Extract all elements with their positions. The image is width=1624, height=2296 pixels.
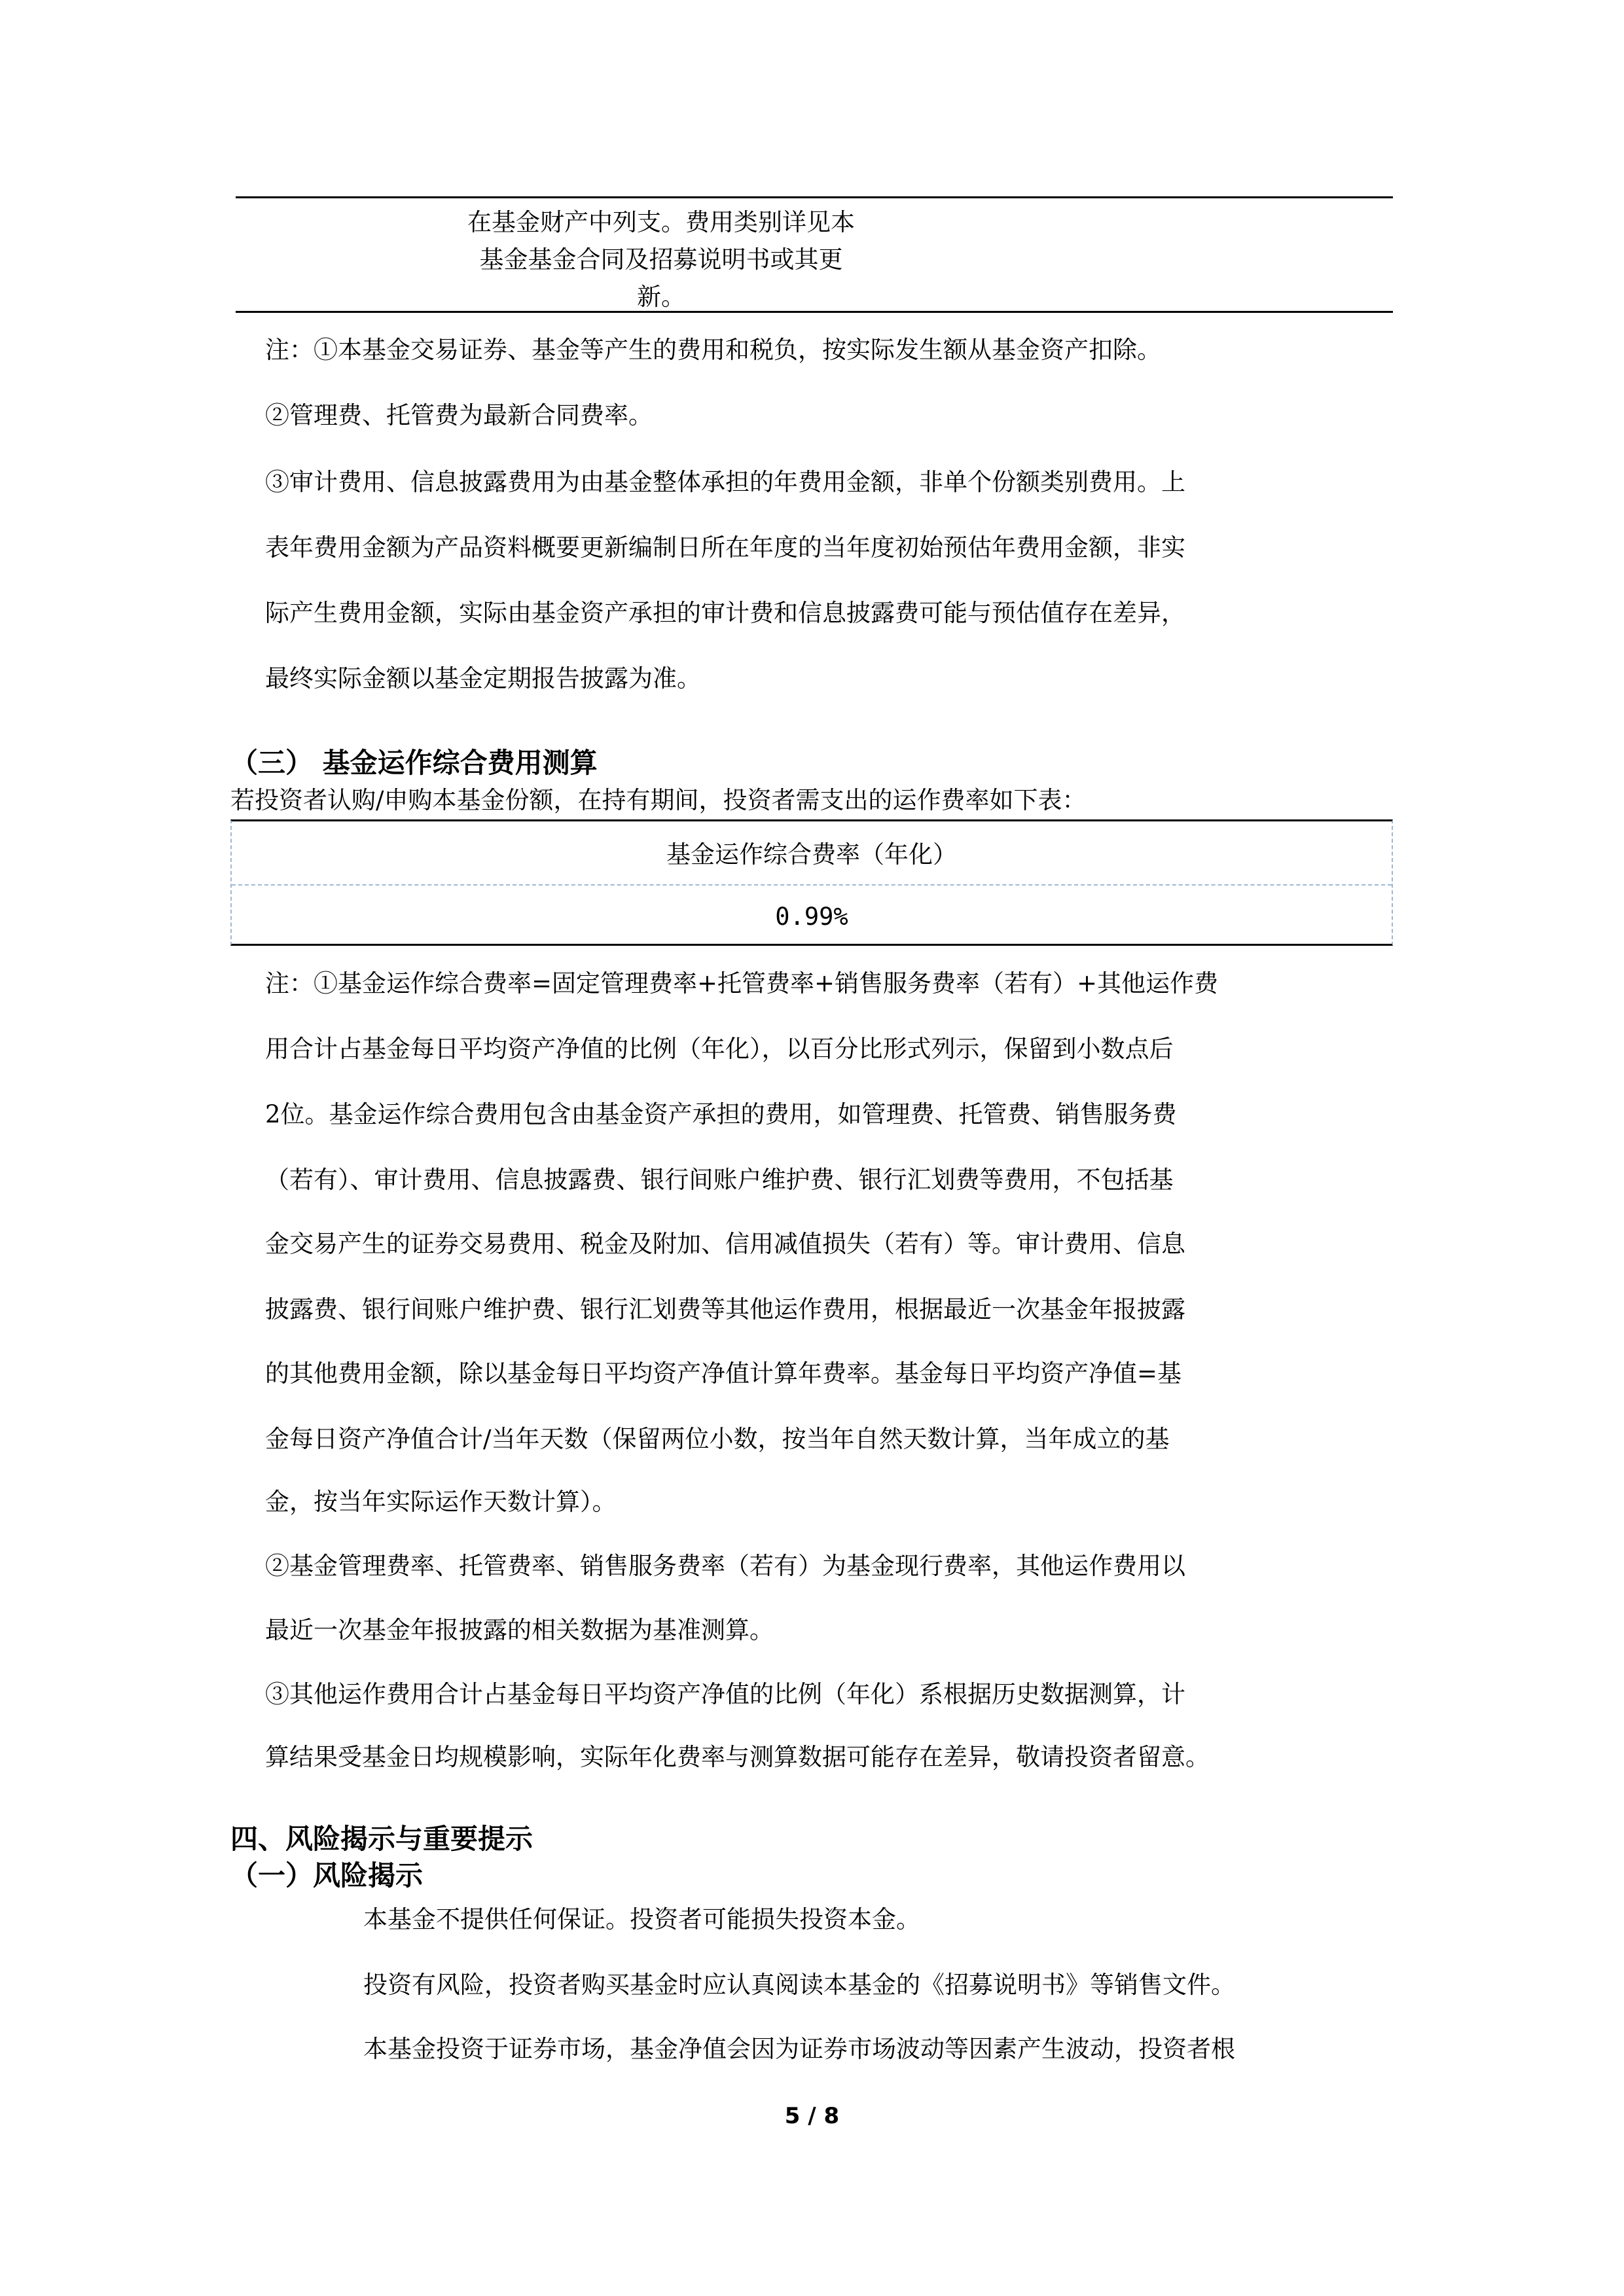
section-3-note-1-line: 用合计占基金每日平均资产净值的比例（年化），以百分比形式列示，保留到小数点后 (265, 1033, 1174, 1066)
section-3-note-1-line: 披露费、银行间账户维护费、银行汇划费等其他运作费用，根据最近一次基金年报披露 (265, 1293, 1185, 1326)
cell-text-line: 基金基金合同及招募说明书或其更 (432, 241, 890, 278)
fee-table-continuation: 在基金财产中列支。费用类别详见本 基金基金合同及招募说明书或其更 新。 (236, 196, 1393, 313)
operating-fee-table: 基金运作综合费率（年化） 0.99% (230, 819, 1393, 946)
section-3-note-3-line: ③其他运作费用合计占基金每日平均资产净值的比例（年化）系根据历史数据测算，计 (265, 1678, 1185, 1711)
risk-paragraph: 本基金投资于证券市场，基金净值会因为证券市场波动等因素产生波动，投资者根 (363, 2033, 1235, 2066)
section-3-note-1-line: 金交易产生的证券交易费用、税金及附加、信用减值损失（若有）等。审计费用、信息 (265, 1228, 1185, 1261)
section-3-note-1-line: （若有）、审计费用、信息披露费、银行间账户维护费、银行汇划费等费用，不包括基 (265, 1164, 1174, 1196)
fee-note-3-line: 际产生费用金额，实际由基金资产承担的审计费和信息披露费可能与预估值存在差异， (265, 597, 1185, 630)
cell-text-line: 新。 (432, 278, 890, 315)
fee-note-3-line: ③审计费用、信息披露费用为由基金整体承担的年费用金额，非单个份额类别费用。上 (265, 466, 1185, 499)
table-row: 0.99% (232, 884, 1392, 947)
fee-note-3-line: 最终实际金额以基金定期报告披露为准。 (265, 662, 701, 695)
table-header-row: 基金运作综合费率（年化） (232, 821, 1392, 883)
risk-paragraph: 本基金不提供任何保证。投资者可能损失投资本金。 (363, 1903, 920, 1936)
section-3-note-2-line: 最近一次基金年报披露的相关数据为基准测算。 (265, 1614, 774, 1647)
section-3-note-1-line: 注：①基金运作综合费率=固定管理费率+托管费率+销售服务费率（若有）+其他运作费 (265, 967, 1218, 1000)
section-3-note-3-line: 算结果受基金日均规模影响，实际年化费率与测算数据可能存在差异，敬请投资者留意。 (265, 1741, 1210, 1774)
section-4-heading: 四、风险揭示与重要提示 (230, 1821, 533, 1857)
section-3-note-1-line: 2位。基金运作综合费用包含由基金资产承担的费用，如管理费、托管费、销售服务费 (265, 1098, 1177, 1131)
section-4-1-heading: （一）风险揭示 (230, 1857, 423, 1894)
fee-note-3-line: 表年费用金额为产品资料概要更新编制日所在年度的当年度初始预估年费用金额，非实 (265, 531, 1185, 564)
section-3-note-2-line: ②基金管理费率、托管费率、销售服务费率（若有）为基金现行费率，其他运作费用以 (265, 1550, 1185, 1583)
fee-table-cell-description: 在基金财产中列支。费用类别详见本 基金基金合同及招募说明书或其更 新。 (432, 204, 890, 315)
fee-note-2: ②管理费、托管费为最新合同费率。 (265, 399, 653, 432)
fee-note-1: 注：①本基金交易证券、基金等产生的费用和税负，按实际发生额从基金资产扣除。 (265, 334, 1161, 367)
section-3-note-1-line: 的其他费用金额，除以基金每日平均资产净值计算年费率。基金每日平均资产净值=基 (265, 1357, 1182, 1390)
risk-paragraph: 投资有风险，投资者购买基金时应认真阅读本基金的《招募说明书》等销售文件。 (363, 1969, 1235, 2001)
page-number: 5 / 8 (0, 2103, 1624, 2129)
section-3-intro: 若投资者认购/申购本基金份额，在持有期间，投资者需支出的运作费率如下表： (230, 784, 1086, 817)
table-header-cell: 基金运作综合费率（年化） (666, 834, 957, 870)
section-3-heading: （三） 基金运作综合费用测算 (230, 745, 598, 781)
operating-fee-rate-value: 0.99% (775, 903, 848, 931)
cell-text-line: 在基金财产中列支。费用类别详见本 (432, 204, 890, 241)
section-3-note-1-line: 金，按当年实际运作天数计算）。 (265, 1486, 617, 1518)
section-3-note-1-line: 金每日资产净值合计/当年天数（保留两位小数，按当年自然天数计算，当年成立的基 (265, 1423, 1169, 1456)
